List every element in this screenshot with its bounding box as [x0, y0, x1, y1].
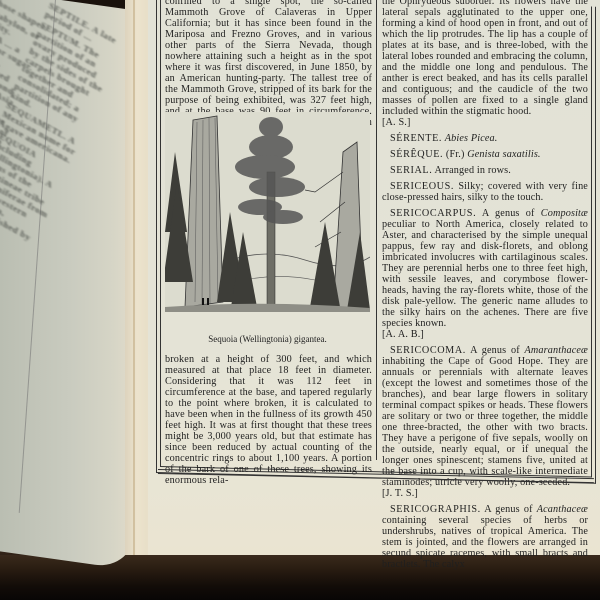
entry-body: containing several species of herbs or u… — [382, 515, 588, 570]
sequoia-engraving — [165, 112, 370, 312]
headword: SERICOCARPUS. — [390, 208, 476, 219]
headword: SERICOGRAPHIS. — [390, 504, 481, 515]
entry-italic: Acanthaceæ — [537, 504, 588, 515]
headword: SÉRENTE. — [390, 133, 442, 144]
signature: [A. A. B.] — [382, 329, 588, 340]
headword: SÉRÊQUE. — [390, 149, 443, 160]
entry-pre: Arranged in rows. — [435, 165, 511, 176]
column-b: the Ophrydeous suborder. Its flowers hav… — [382, 0, 588, 570]
entry-sericographis: SERICOGRAPHIS. A genus of Acanthaceæ con… — [382, 504, 588, 570]
entry-italic: Genista saxatilis. — [467, 149, 540, 160]
entry-sereque: SÉRÊQUE. (Fr.) Genista saxatilis. — [382, 149, 588, 160]
entry-pre: A genus of — [482, 208, 535, 219]
entry-body: peculiar to North America, closely relat… — [382, 219, 588, 329]
entry-sericocarpus: SERICOCARPUS. A genus of Compositæ pecul… — [382, 208, 588, 329]
headword: SERIAL. — [390, 165, 432, 176]
entry-italic: Compositæ — [541, 208, 588, 219]
signature: [A. S.] — [382, 117, 588, 128]
entry-sericocoma: SERICOCOMA. A genus of Amaranthaceæ inha… — [382, 345, 588, 488]
left-page: ...those shapes. ... Babylon, or the cit… — [0, 0, 135, 570]
entry-pre: A genus of — [484, 504, 532, 515]
figure-caption: Sequoia (Wellingtonia) gigantea. — [165, 334, 370, 344]
entry-italic: Amaranthaceæ — [525, 345, 588, 356]
column-rule — [376, 0, 377, 460]
tree-illustration-icon — [165, 112, 370, 312]
entry-serente: SÉRENTE. Abies Picea. — [382, 133, 588, 144]
entry-body: inhabiting the Cape of Good Hope. They a… — [382, 356, 588, 488]
column-a-bottom: broken at a height of 300 feet, and whic… — [165, 354, 372, 486]
sequoia-text-bottom: broken at a height of 300 feet, and whic… — [165, 354, 372, 486]
entry-italic: Abies Picea. — [445, 133, 498, 144]
continuation-text: the Ophrydeous suborder. Its flowers hav… — [382, 0, 588, 117]
headword: SERICOCOMA. — [390, 345, 466, 356]
gutter-fold — [133, 0, 135, 555]
entry-serial: SERIAL. Arranged in rows. — [382, 165, 588, 176]
headword: SERICEOUS. — [390, 181, 454, 192]
entry-pre: A genus of — [470, 345, 520, 356]
entry-sericeous: SERICEOUS. Silky; covered with very fine… — [382, 181, 588, 203]
entry-pre: (Fr.) — [446, 149, 465, 160]
signature: [J. T. S.] — [382, 488, 588, 499]
